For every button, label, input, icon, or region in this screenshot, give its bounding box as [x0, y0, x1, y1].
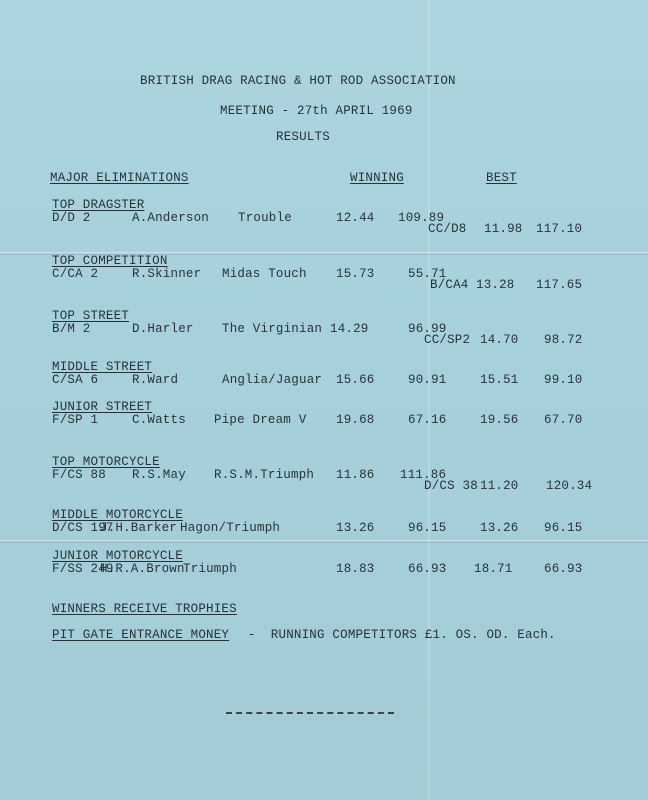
winning-et: 18.83: [336, 562, 375, 576]
best-et: 18.71: [474, 562, 513, 576]
best-class-code: CC/SP2: [424, 333, 470, 347]
winning-mph: 90.91: [408, 373, 447, 387]
driver-name: C.Watts: [132, 413, 186, 427]
category-heading: TOP MOTORCYCLE: [52, 455, 160, 469]
fold-crease: [428, 0, 430, 800]
winning-et: 11.86: [336, 468, 375, 482]
best-class-code: B/CA4: [430, 278, 469, 292]
results-heading: RESULTS: [276, 130, 330, 144]
pit-gate-label: PIT GATE ENTRANCE MONEY: [52, 628, 229, 642]
vehicle-name: Anglia/Jaguar: [222, 373, 322, 387]
best-mph: 67.70: [544, 413, 583, 427]
vehicle-name: R.S.M.Triumph: [214, 468, 314, 482]
winning-et: 12.44: [336, 211, 375, 225]
winning-column-header: WINNING: [350, 171, 404, 185]
driver-name: D.Harler: [132, 322, 194, 336]
class-code: D/D 2: [52, 211, 91, 225]
best-mph: 98.72: [544, 333, 583, 347]
driver-name: R.Ward: [132, 373, 178, 387]
class-code: B/M 2: [52, 322, 91, 336]
driver-name: A.Anderson: [132, 211, 209, 225]
fold-crease: [0, 540, 648, 543]
closing-rule: [226, 712, 394, 714]
driver-name: R.S.May: [132, 468, 186, 482]
class-code: C/SA 6: [52, 373, 98, 387]
section-heading: MAJOR ELIMINATIONS: [50, 171, 189, 185]
winning-mph: 67.16: [408, 413, 447, 427]
winning-mph: 66.93: [408, 562, 447, 576]
best-column-header: BEST: [486, 171, 517, 185]
best-et: 11.98: [484, 222, 523, 236]
category-heading: TOP STREET: [52, 309, 129, 323]
category-heading: MIDDLE MOTORCYCLE: [52, 508, 183, 522]
best-mph: 66.93: [544, 562, 583, 576]
best-et: 13.28: [476, 278, 515, 292]
class-code: F/CS 88: [52, 468, 106, 482]
best-mph: 117.10: [536, 222, 582, 236]
class-code: C/CA 2: [52, 267, 98, 281]
trophies-note: WINNERS RECEIVE TROPHIES: [52, 602, 237, 616]
vehicle-name: Midas Touch: [222, 267, 307, 281]
meeting-date: MEETING - 27th APRIL 1969: [220, 104, 413, 118]
category-heading: JUNIOR MOTORCYCLE: [52, 549, 183, 563]
vehicle-name: Triumph: [183, 562, 237, 576]
best-class-code: CC/D8: [428, 222, 467, 236]
winning-et: 19.68: [336, 413, 375, 427]
best-mph: 117.65: [536, 278, 582, 292]
category-heading: JUNIOR STREET: [52, 400, 152, 414]
best-et: 19.56: [480, 413, 519, 427]
category-heading: TOP DRAGSTER: [52, 198, 144, 212]
best-mph: 99.10: [544, 373, 583, 387]
vehicle-name: Trouble: [238, 211, 292, 225]
driver-name: J.H.Barker: [100, 521, 177, 535]
winning-et: 15.73: [336, 267, 375, 281]
winning-mph: 96.15: [408, 521, 447, 535]
best-et: 15.51: [480, 373, 519, 387]
driver-name: H.R.A.Brown: [100, 562, 185, 576]
winning-et: 14.29: [330, 322, 369, 336]
category-heading: TOP COMPETITION: [52, 254, 168, 268]
best-class-code: D/CS 38: [424, 479, 478, 493]
best-et: 11.20: [480, 479, 519, 493]
vehicle-name: The Virginian: [222, 322, 322, 336]
winning-et: 15.66: [336, 373, 375, 387]
category-heading: MIDDLE STREET: [52, 360, 152, 374]
best-mph: 120.34: [546, 479, 592, 493]
class-code: F/SP 1: [52, 413, 98, 427]
winning-et: 13.26: [336, 521, 375, 535]
vehicle-name: Pipe Dream V: [214, 413, 306, 427]
org-title: BRITISH DRAG RACING & HOT ROD ASSOCIATIO…: [140, 74, 456, 88]
pit-gate-text: - RUNNING COMPETITORS £1. OS. OD. Each.: [240, 628, 556, 642]
best-et: 13.26: [480, 521, 519, 535]
best-mph: 96.15: [544, 521, 583, 535]
vehicle-name: Hagon/Triumph: [180, 521, 280, 535]
driver-name: R.Skinner: [132, 267, 201, 281]
best-et: 14.70: [480, 333, 519, 347]
